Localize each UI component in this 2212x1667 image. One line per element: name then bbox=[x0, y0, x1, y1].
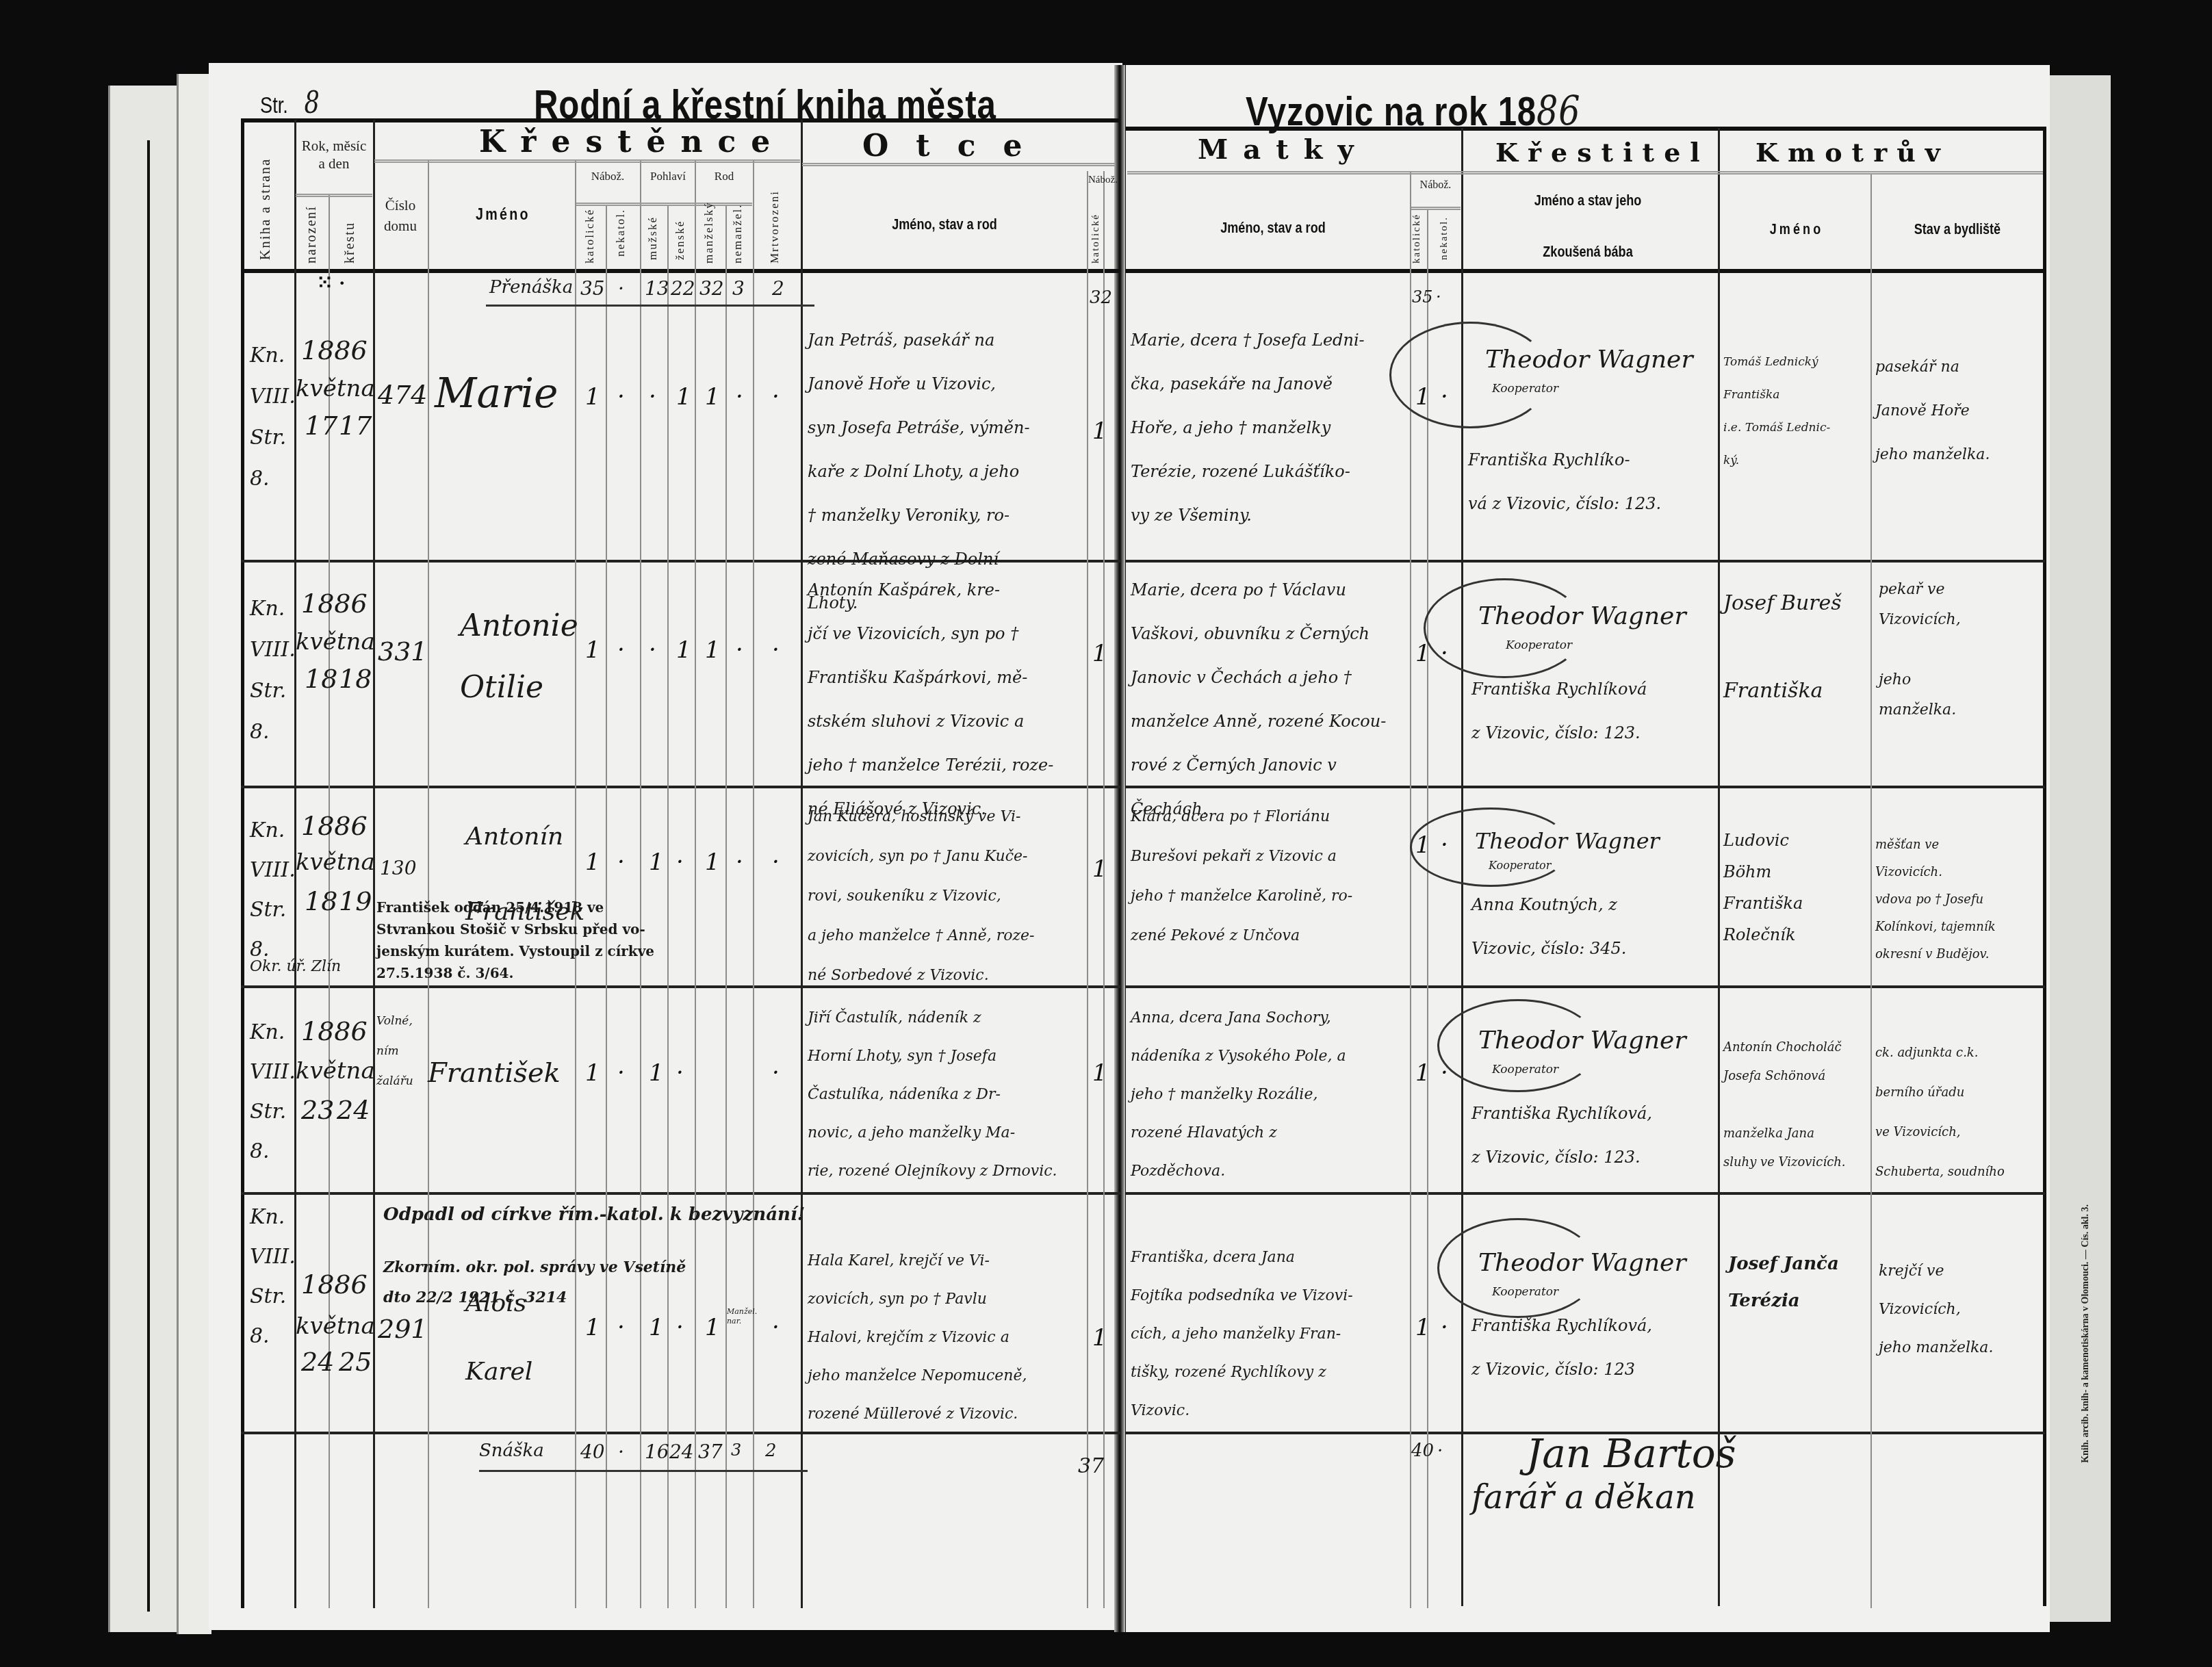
entry-godparent-name: Tomáš Lednický Františka i.e. Tomáš Ledn… bbox=[1723, 346, 1830, 477]
entry-priest: Theodor Wagner bbox=[1475, 828, 1660, 854]
entry-godparent-name: Ludovic Böhm Františka Rolečník bbox=[1723, 825, 1803, 951]
signature-name: Jan Bartoš bbox=[1526, 1430, 1736, 1477]
entry-month: května bbox=[296, 375, 375, 402]
mark-nekatol: · bbox=[617, 383, 625, 411]
col-header-nemanzel: nemanžel. bbox=[731, 205, 745, 263]
totals-muzske: 16 bbox=[645, 1440, 669, 1463]
col-header-katolicke: katolické bbox=[583, 209, 597, 263]
entry-priest-title: Kooperator bbox=[1506, 638, 1572, 652]
mark-manzel: 1 bbox=[705, 636, 720, 664]
carryover-label: Přenáška bbox=[489, 277, 573, 298]
totals-matky-nekatol: · bbox=[1437, 1440, 1443, 1461]
totals-underline bbox=[479, 1470, 808, 1472]
entry-godparent-name: Josef Janča Terézia bbox=[1728, 1245, 1839, 1319]
mark-nekatol: · bbox=[617, 636, 625, 664]
entry-baptism-day: 17 bbox=[339, 411, 372, 441]
entry-mother-katol: 1 bbox=[1415, 1314, 1430, 1341]
col-header-muzske: mužské bbox=[646, 212, 660, 260]
entry-month: května bbox=[296, 849, 375, 876]
mark-nekatol: · bbox=[617, 1059, 625, 1087]
col-line bbox=[1870, 175, 1872, 1608]
entry-godparent-status: pasekář na Janově Hoře jeho manželka. bbox=[1875, 346, 1990, 477]
entry-birth-day: 18 bbox=[305, 664, 337, 694]
carryover-katolicke: 35 bbox=[580, 277, 605, 300]
entry-godparent-status: ck. adjunkta c.k. berního úřadu ve Vizov… bbox=[1875, 1033, 2005, 1192]
mark-muzske: 1 bbox=[649, 849, 664, 876]
col-header-nekatol: nekatol. bbox=[614, 209, 628, 257]
left-table-left-border bbox=[241, 120, 244, 1608]
col-header-otce-naboz: Nábož. bbox=[1088, 175, 1118, 186]
header-subline bbox=[1127, 171, 2043, 175]
mark-nemanzel: · bbox=[736, 636, 743, 664]
col-header-matky-jmeno: Jméno, stav a rod bbox=[1172, 219, 1374, 237]
entry-house-no: Volné, ním žalářu bbox=[376, 1006, 413, 1096]
entry-father: Antonín Kašpárek, kre- jčí ve Vizovicích… bbox=[808, 568, 1053, 831]
entry-father-katol: 1 bbox=[1092, 417, 1107, 445]
carryover-matky-katol: 35 bbox=[1412, 287, 1433, 307]
totals-otce-katol: 37 bbox=[1078, 1454, 1104, 1478]
entry-month: května bbox=[296, 628, 375, 656]
entry-father: Jiří Častulík, nádeník z Horní Lhoty, sy… bbox=[808, 999, 1057, 1191]
entry-mother: Františka, dcera Jana Fojtíka podsedníka… bbox=[1131, 1239, 1353, 1430]
entry-baptism-day: 19 bbox=[339, 886, 372, 916]
carryover-zenske: 22 bbox=[671, 277, 695, 300]
entry-father-katol: 1 bbox=[1092, 855, 1107, 883]
mark-nemanzel: · bbox=[736, 383, 743, 411]
page-label-text: Str. bbox=[260, 92, 288, 118]
carryover-muzske: 13 bbox=[645, 277, 669, 300]
col-header-kniha-a-strana: Kniha a strana bbox=[257, 144, 274, 260]
col-header-matky-katolicke: katolické bbox=[1411, 212, 1423, 263]
entry-priest: Theodor Wagner bbox=[1478, 1026, 1686, 1055]
header-subline bbox=[374, 159, 800, 163]
totals-zenske: 24 bbox=[669, 1440, 694, 1463]
section-header-krestitel: Křestitel bbox=[1495, 137, 1710, 168]
mark-mrtvo: · bbox=[772, 636, 780, 664]
mark-katol: 1 bbox=[585, 383, 600, 411]
mark-zenske: · bbox=[676, 1314, 684, 1341]
entry-priest: Theodor Wagner bbox=[1478, 1249, 1686, 1277]
header-subline bbox=[296, 194, 372, 197]
entry-midwife: Anna Koutných, z Vizovic, číslo: 345. bbox=[1471, 883, 1626, 970]
section-header-kmotruv: Kmotrův bbox=[1756, 137, 1950, 168]
entry-month: května bbox=[296, 1057, 375, 1085]
entry-godparent-status: krejčí ve Vizovicích, jeho manželka. bbox=[1879, 1252, 1993, 1367]
carryover-underline bbox=[486, 305, 814, 307]
entry-name-annotation-top: Odpadl od církve řím.-katol. k bezvyznán… bbox=[383, 1204, 805, 1225]
right-header-bottom-border bbox=[1126, 269, 2046, 273]
entry-year: 1886 bbox=[301, 335, 368, 365]
col-line bbox=[1087, 171, 1088, 1608]
col-header-otce-katolicke: katolické bbox=[1090, 209, 1102, 263]
entry-midwife: Františka Rychlíková, z Vizovic, číslo: … bbox=[1471, 1304, 1652, 1391]
page-stack-edge-left bbox=[108, 86, 179, 1632]
mark-muzske: 1 bbox=[649, 1314, 664, 1341]
col-line bbox=[753, 161, 754, 1608]
entry-godparent-status: měšťan ve Vizovicích. vdova po † Josefu … bbox=[1875, 831, 1996, 968]
col-header-jmeno: Jméno bbox=[450, 205, 556, 224]
entry-child-name: František bbox=[428, 1057, 561, 1089]
entry-birth-day: 18 bbox=[305, 886, 337, 916]
col-line bbox=[801, 120, 803, 1608]
header-subline bbox=[1411, 207, 1461, 210]
printer-imprint: Knih. arcib. knih- a kamenotiskárna v Ol… bbox=[2081, 1204, 2092, 1463]
entry-child-name: Antonie Otilie bbox=[460, 595, 578, 719]
totals-matky-katol: 40 bbox=[1411, 1440, 1434, 1461]
entry-kniha: Kn. VIII. Str. 8. bbox=[250, 1198, 296, 1356]
carryover-otce-katol: 32 bbox=[1090, 287, 1112, 308]
entry-kniha: Kn. VIII. Str. 8. bbox=[250, 811, 296, 970]
page-stack-edge-right bbox=[2046, 75, 2111, 1622]
page-label: Str. 8 bbox=[260, 86, 336, 120]
totals-manzelsky: 37 bbox=[698, 1440, 723, 1463]
entry-godparent-name: Antonín Chocholáč Josefa Schönová manžel… bbox=[1723, 1033, 1846, 1177]
col-header-krestu: křestu bbox=[342, 219, 358, 263]
entry-priest-title: Kooperator bbox=[1489, 859, 1551, 872]
entry-year: 1886 bbox=[301, 811, 368, 841]
entry-baptism-day: 25 bbox=[339, 1347, 372, 1377]
entry-house-no: 130 bbox=[380, 857, 416, 879]
col-line bbox=[640, 161, 641, 1608]
mark-nemanzel: · bbox=[736, 849, 743, 876]
col-header-otce-jmeno: Jméno, stav a rod bbox=[843, 216, 1045, 233]
entry-kniha: Kn. VIII. Str. 8. bbox=[250, 1013, 296, 1172]
page-stack-edge-left-2 bbox=[177, 74, 211, 1634]
signature-title: farář a děkan bbox=[1471, 1478, 1696, 1516]
entry-house-no: 331 bbox=[378, 636, 428, 667]
col-header-matky-nekatol: nekatol. bbox=[1439, 212, 1450, 260]
entry-kniha: Kn. VIII. Str. 8. bbox=[250, 589, 296, 753]
col-header-zkousena-baba: Zkoušená bába bbox=[1493, 243, 1684, 261]
mark-mrtvo: · bbox=[772, 1314, 780, 1341]
page-number: 8 bbox=[301, 86, 336, 122]
mark-mrtvo: · bbox=[772, 383, 780, 411]
entry-father: Hala Karel, krejčí ve Vi- zovicích, syn … bbox=[808, 1242, 1027, 1434]
entry-priest-title: Kooperator bbox=[1492, 382, 1558, 396]
col-header-mrtvorozeni: Mrtvorozeni bbox=[768, 185, 782, 263]
col-header-pohlavi: Pohlaví bbox=[641, 170, 695, 183]
entry-priest: Theodor Wagner bbox=[1478, 602, 1686, 630]
entry-father-katol: 1 bbox=[1092, 1324, 1107, 1352]
mark-katol: 1 bbox=[585, 849, 600, 876]
carryover-mrtvorozeni: 2 bbox=[772, 277, 784, 300]
col-header-kmotr-jmeno: Jméno bbox=[1738, 220, 1855, 238]
entry-kniha: Kn. VIII. Str. 8. bbox=[250, 335, 296, 500]
entry-marks-note: Manžel. nar. bbox=[727, 1307, 753, 1326]
col-header-cislo-domu: Číslo domu bbox=[380, 195, 421, 236]
entry-birth-day: 24 bbox=[301, 1347, 334, 1377]
entry-priest: Theodor Wagner bbox=[1485, 346, 1693, 374]
mark-mrtvo: · bbox=[772, 849, 780, 876]
entry-midwife: Františka Rychlíko- vá z Vizovic, číslo:… bbox=[1468, 438, 1661, 526]
col-line bbox=[695, 161, 696, 1608]
entry-baptism-day: 18 bbox=[339, 664, 372, 694]
col-line bbox=[1718, 128, 1720, 1606]
carryover-dots: ⁙ · bbox=[316, 277, 346, 289]
col-header-naboz: Nábož. bbox=[576, 170, 639, 183]
priest-flourish bbox=[1389, 322, 1551, 428]
entry-father-katol: 1 bbox=[1092, 640, 1107, 667]
mark-muzske: · bbox=[649, 383, 656, 411]
col-line bbox=[667, 205, 669, 1608]
entry-month: května bbox=[296, 1313, 375, 1340]
entry-year: 1886 bbox=[301, 1016, 368, 1046]
entry-birth-day: 17 bbox=[305, 411, 337, 441]
col-header-manzelsky: manželský bbox=[702, 205, 716, 263]
entry-priest-title: Kooperator bbox=[1492, 1063, 1558, 1076]
entry-mother: Anna, dcera Jana Sochory, nádeníka z Vys… bbox=[1131, 999, 1346, 1191]
mark-zenske: · bbox=[676, 1059, 684, 1087]
underlying-page-frame bbox=[147, 140, 150, 1612]
carryover-manzelsky: 32 bbox=[699, 277, 724, 300]
entry-name-annotation: František oddán 25/4.1918 ve Stvrankou S… bbox=[376, 896, 654, 984]
carryover-nemanzel: 3 bbox=[732, 277, 745, 300]
mark-katol: 1 bbox=[585, 636, 600, 664]
row-separator bbox=[1126, 985, 2045, 988]
mark-manzel: 1 bbox=[705, 849, 720, 876]
carryover-nekatol: · bbox=[618, 277, 624, 300]
mark-nekatol: · bbox=[617, 1314, 625, 1341]
entry-godparent-name: Josef Bureš Františka bbox=[1723, 582, 1842, 713]
entry-mother-nekatol: · bbox=[1441, 1314, 1448, 1341]
section-header-otce: Otce bbox=[862, 129, 1049, 164]
mark-katol: 1 bbox=[585, 1314, 600, 1341]
col-header-rod: Rod bbox=[696, 170, 752, 183]
mark-zenske: 1 bbox=[676, 383, 691, 411]
entry-child-name: Marie bbox=[435, 370, 558, 417]
mark-muzske: 1 bbox=[649, 1059, 664, 1087]
entry-midwife: Františka Rychlíková z Vizovic, číslo: 1… bbox=[1471, 667, 1647, 755]
row-separator bbox=[1126, 560, 2045, 563]
right-table-top-border bbox=[1126, 127, 2046, 131]
totals-nekatol: · bbox=[618, 1440, 624, 1463]
col-header-krestitel-jmeno: Jméno a stav jeho bbox=[1493, 192, 1684, 209]
entry-child-name: Alois Karel bbox=[465, 1287, 532, 1389]
mark-nekatol: · bbox=[617, 849, 625, 876]
entry-margin-note: Okr. úř. Zlín bbox=[250, 958, 341, 975]
col-header-kmotr-stav: Stav a bydliště bbox=[1890, 220, 2025, 238]
col-header-narozeni: narození bbox=[304, 205, 320, 263]
book-gutter bbox=[1114, 65, 1125, 1632]
entry-priest-title: Kooperator bbox=[1492, 1285, 1558, 1299]
entry-year: 1886 bbox=[301, 1269, 368, 1300]
totals-mrtvorozeni: 2 bbox=[765, 1440, 777, 1461]
totals-katolicke: 40 bbox=[580, 1440, 605, 1463]
totals-label: Snáška bbox=[479, 1440, 544, 1461]
mark-muzske: · bbox=[649, 636, 656, 664]
section-header-krestence: Křestěnce bbox=[479, 125, 785, 159]
entry-mother: Marie, dcera po † Václavu Vaškovi, obuvn… bbox=[1131, 568, 1386, 831]
mark-manzel: 1 bbox=[705, 1314, 720, 1341]
row-separator bbox=[1126, 1192, 2045, 1195]
mark-zenske: · bbox=[676, 849, 684, 876]
mark-manzel: 1 bbox=[705, 383, 720, 411]
mark-mrtvo: · bbox=[772, 1059, 780, 1087]
col-header-zenske: ženské bbox=[673, 216, 687, 260]
carryover-matky-nekatol: · bbox=[1436, 287, 1441, 307]
entry-mother-katol: 1 bbox=[1415, 1059, 1430, 1087]
entry-mother: Marie, dcera † Josefa Ledni- čka, paseká… bbox=[1131, 318, 1365, 537]
col-header-matky-naboz: Nábož. bbox=[1410, 179, 1461, 192]
entry-midwife: Františka Rychlíková, z Vizovic, číslo: … bbox=[1471, 1091, 1652, 1179]
entry-mother: Klára, dcera po † Floriánu Burešovi peka… bbox=[1131, 797, 1352, 956]
header-subline bbox=[576, 203, 752, 206]
entry-baptism-day: 24 bbox=[337, 1095, 370, 1125]
totals-nemanzel: 3 bbox=[731, 1440, 741, 1460]
entry-godparent-status: pekař ve Vizovicích, jeho manželka. bbox=[1879, 575, 1961, 725]
col-line bbox=[1103, 171, 1105, 1608]
entry-year: 1886 bbox=[301, 589, 368, 619]
right-table-right-border bbox=[2043, 128, 2046, 1606]
mark-katol: 1 bbox=[585, 1059, 600, 1087]
entry-father-katol: 1 bbox=[1092, 1059, 1107, 1087]
col-header-rok-mesic-den: Rok, měsíc a den bbox=[298, 137, 370, 172]
section-header-matky: Matky bbox=[1198, 133, 1369, 166]
col-line bbox=[428, 161, 429, 1608]
entry-father: Jan Kučera, hostinský ve Vi- zovicích, s… bbox=[808, 797, 1035, 996]
mark-zenske: 1 bbox=[676, 636, 691, 664]
entry-birth-day: 23 bbox=[301, 1095, 334, 1125]
col-line bbox=[725, 205, 727, 1608]
entry-name-annotation: Zkorním. okr. pol. správy ve Vsetíně dto… bbox=[383, 1252, 686, 1313]
entry-house-no: 291 bbox=[378, 1314, 428, 1344]
entry-house-no: 474 bbox=[378, 380, 428, 410]
